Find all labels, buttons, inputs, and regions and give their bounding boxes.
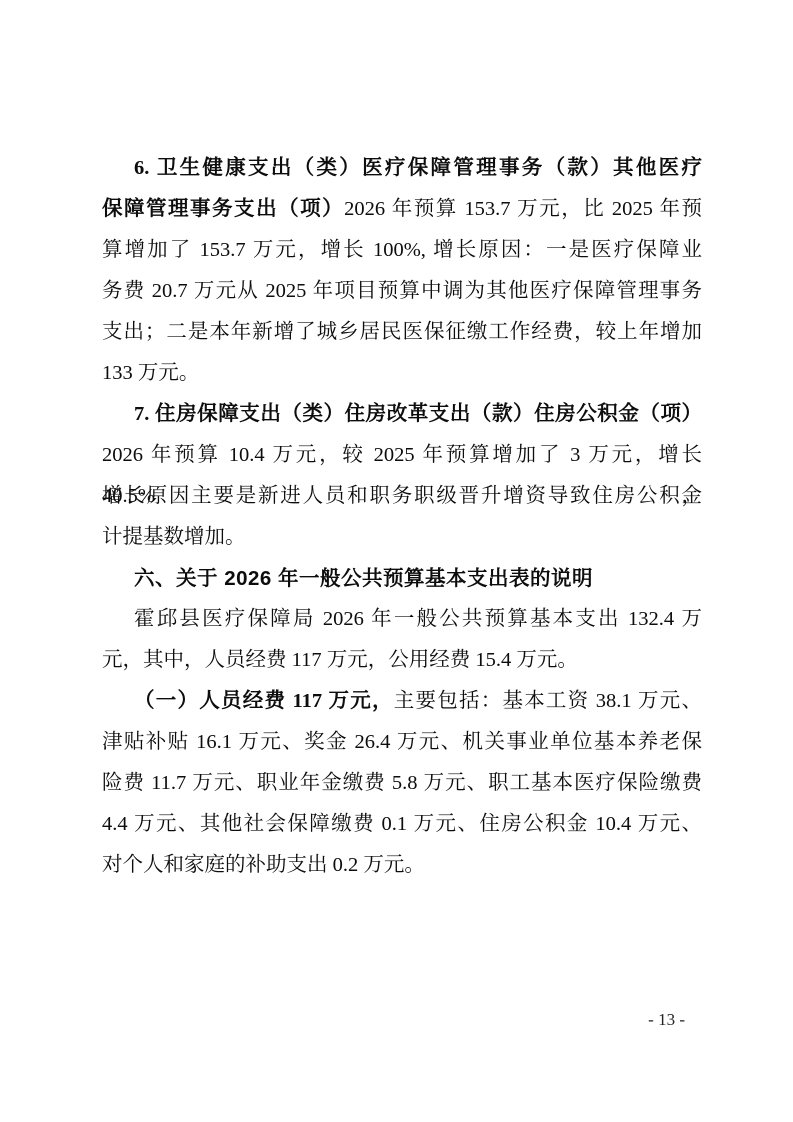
- text-line: 增长原因主要是新进人员和职务职级晋升增资导致住房公积金: [102, 476, 702, 517]
- text-line-bold: （一）人员经费 117 万元，: [134, 690, 394, 712]
- text-line-regular: 元，其中，人员经费 117 万元，公用经费 15.4 万元。: [102, 649, 578, 671]
- text-line: 霍邱县医疗保障局 2026 年一般公共预算基本支出 132.4 万: [102, 599, 702, 640]
- section-heading: 六、关于 2026 年一般公共预算基本支出表的说明: [102, 558, 702, 599]
- text-line-regular: 对个人和家庭的补助支出 0.2 万元。: [102, 854, 425, 876]
- text-line-regular: 4.4 万元、其他社会保障缴费 0.1 万元、住房公积金 10.4 万元、: [102, 813, 702, 835]
- text-line: 算增加了 153.7 万元，增长 100%, 增长原因：一是医疗保障业: [102, 230, 702, 271]
- text-line-regular: 133 万元。: [102, 362, 199, 384]
- text-line-regular: 务费 20.7 万元从 2025 年项目预算中调为其他医疗保障管理事务: [102, 280, 702, 302]
- text-line-regular: 计提基数增加。: [102, 526, 246, 548]
- text-line-regular: 主要包括：基本工资 38.1 万元、: [394, 690, 702, 712]
- text-line: 133 万元。: [102, 353, 702, 394]
- text-line: 务费 20.7 万元从 2025 年项目预算中调为其他医疗保障管理事务: [102, 271, 702, 312]
- text-line: （一）人员经费 117 万元，主要包括：基本工资 38.1 万元、: [102, 681, 702, 722]
- text-line-bold: 保障管理事务支出（项）: [102, 198, 344, 220]
- text-line-bold: 7. 住房保障支出（类）住房改革支出（款）住房公积金（项）: [134, 403, 702, 425]
- text-line: 7. 住房保障支出（类）住房改革支出（款）住房公积金（项）: [102, 394, 702, 435]
- text-line: 6. 卫生健康支出（类）医疗保障管理事务（款）其他医疗: [102, 148, 702, 189]
- page-number: - 13 -: [0, 1008, 793, 1032]
- text-line: 计提基数增加。: [102, 517, 702, 558]
- text-line: 保障管理事务支出（项）2026 年预算 153.7 万元，比 2025 年预: [102, 189, 702, 230]
- text-line-regular: 2026 年预算 153.7 万元，比 2025 年预: [344, 198, 702, 220]
- text-line: 险费 11.7 万元、职业年金缴费 5.8 万元、职工基本医疗保险缴费: [102, 763, 702, 804]
- text-line: 支出；二是本年新增了城乡居民医保征缴工作经费，较上年增加: [102, 312, 702, 353]
- text-line-regular: 险费 11.7 万元、职业年金缴费 5.8 万元、职工基本医疗保险缴费: [102, 772, 702, 794]
- text-line: 对个人和家庭的补助支出 0.2 万元。: [102, 845, 702, 886]
- text-line-regular: 增长原因主要是新进人员和职务职级晋升增资导致住房公积金: [102, 485, 702, 507]
- document-page: 6. 卫生健康支出（类）医疗保障管理事务（款）其他医疗 保障管理事务支出（项）2…: [0, 0, 793, 1122]
- text-line: 津贴补贴 16.1 万元、奖金 26.4 万元、机关事业单位基本养老保: [102, 722, 702, 763]
- text-line: 元，其中，人员经费 117 万元，公用经费 15.4 万元。: [102, 640, 702, 681]
- text-line-regular: 支出；二是本年新增了城乡居民医保征缴工作经费，较上年增加: [102, 321, 702, 343]
- document-body: 6. 卫生健康支出（类）医疗保障管理事务（款）其他医疗 保障管理事务支出（项）2…: [102, 148, 702, 886]
- text-line-regular: 津贴补贴 16.1 万元、奖金 26.4 万元、机关事业单位基本养老保: [102, 731, 702, 753]
- section-heading-label: 六、关于 2026 年一般公共预算基本支出表的说明: [134, 567, 593, 590]
- text-line: 4.4 万元、其他社会保障缴费 0.1 万元、住房公积金 10.4 万元、: [102, 804, 702, 845]
- text-line-bold: 6. 卫生健康支出（类）医疗保障管理事务（款）其他医疗: [134, 157, 702, 179]
- text-line-regular: 算增加了 153.7 万元，增长 100%, 增长原因：一是医疗保障业: [102, 239, 702, 261]
- text-line-regular: 霍邱县医疗保障局 2026 年一般公共预算基本支出 132.4 万: [134, 608, 702, 630]
- text-line: 2026 年预算 10.4 万元，较 2025 年预算增加了 3 万元，增长 4…: [102, 435, 702, 476]
